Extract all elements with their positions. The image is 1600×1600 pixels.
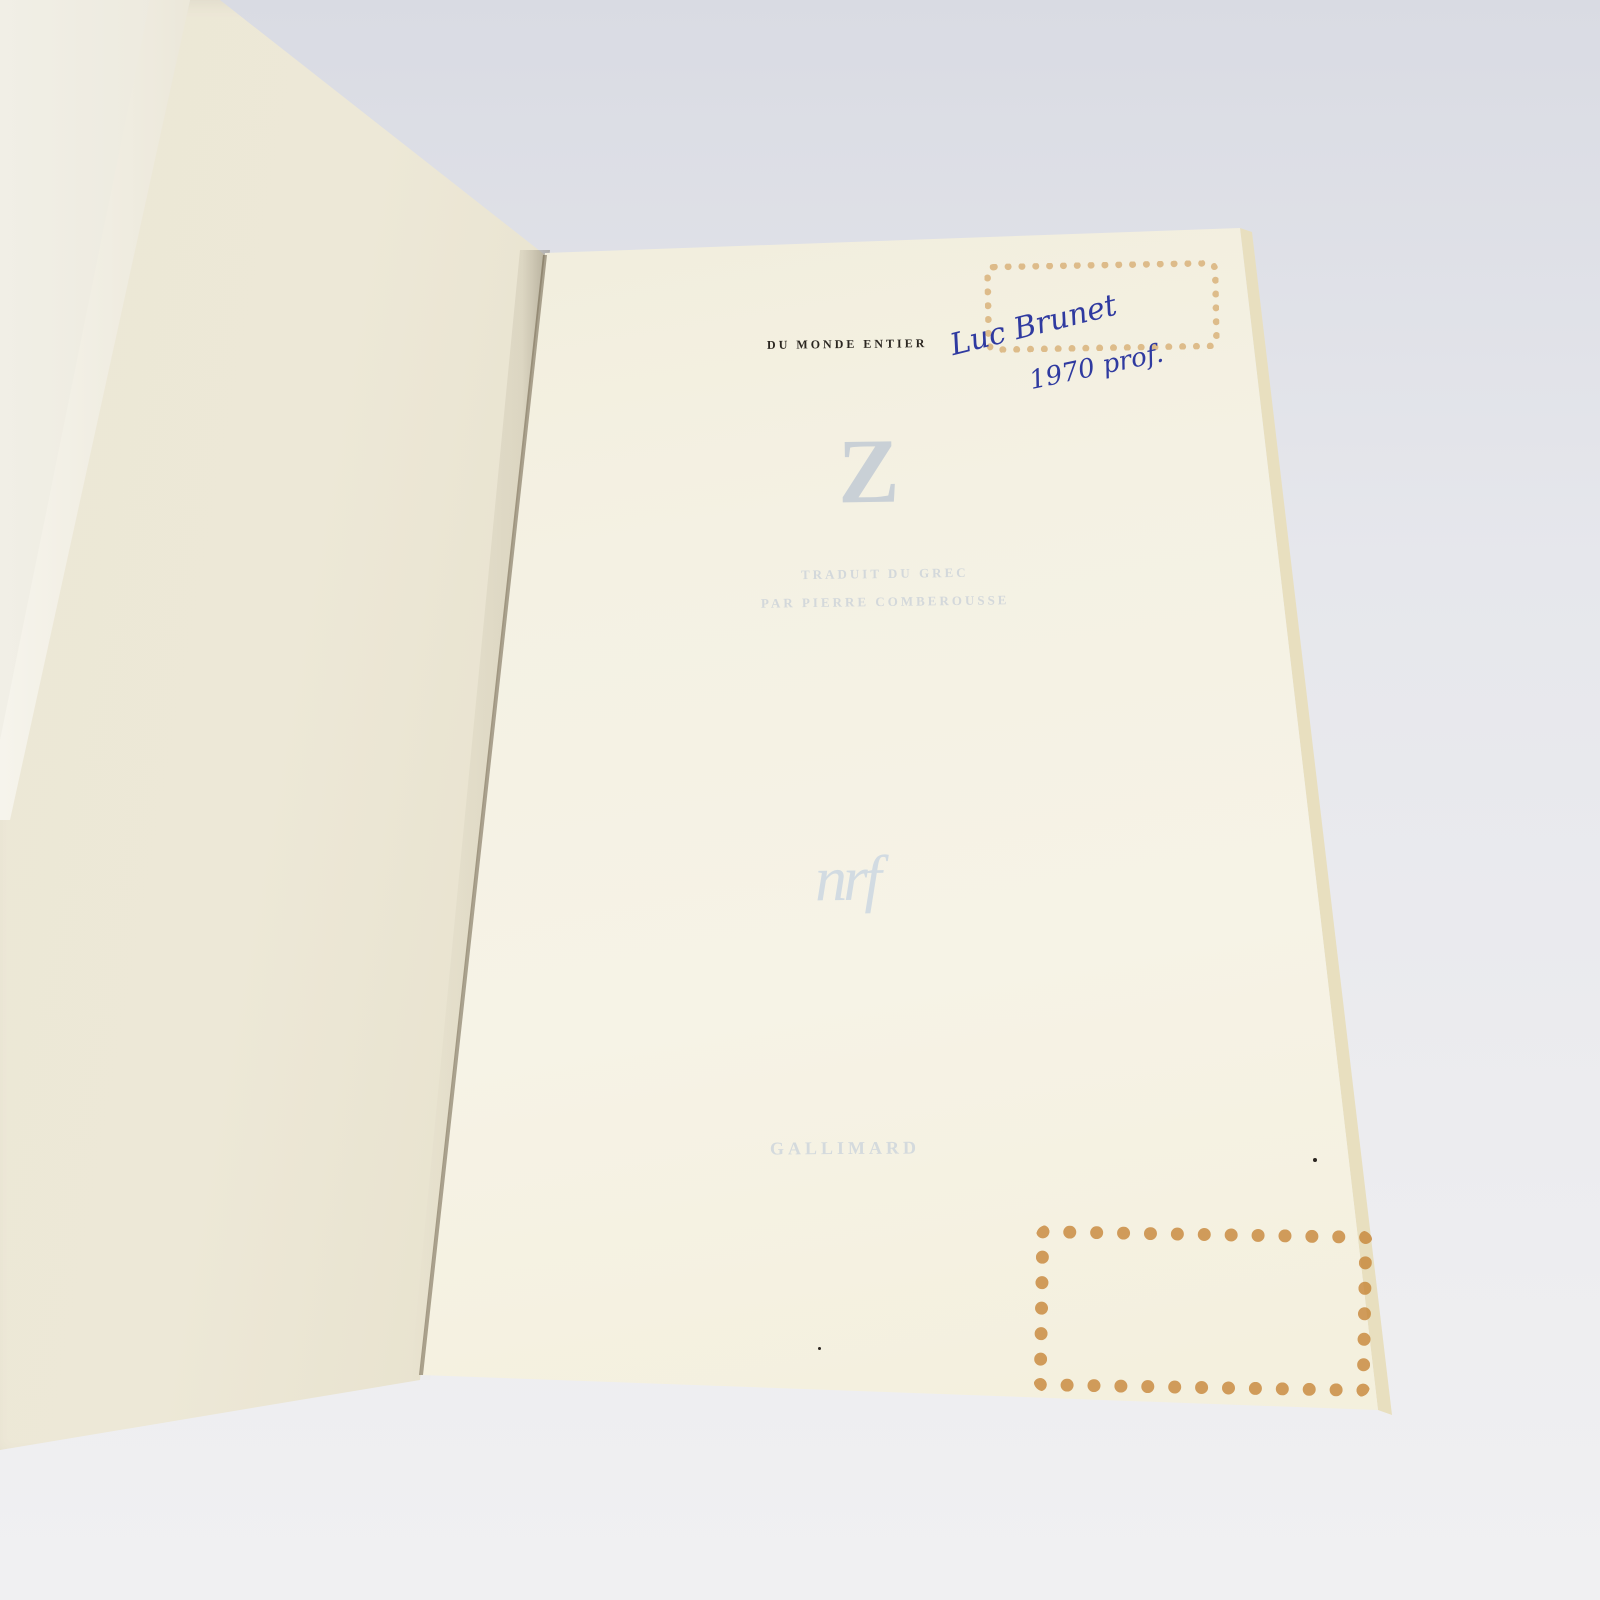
series-name: DU MONDE ENTIER — [767, 336, 927, 353]
translator-credit: TRADUIT DU GREC PAR PIERRE COMBEROUSSE — [720, 558, 1051, 619]
ink-speck — [818, 1347, 821, 1350]
book-title: Z — [837, 418, 900, 525]
nrf-logo-icon: nrf — [814, 842, 878, 917]
translator-line-2: PAR PIERRE COMBEROUSSE — [720, 586, 1050, 619]
handwritten-inscription: Luc Brunet 1970 prof. — [955, 328, 1175, 418]
inscription-date: 1970 prof. — [1027, 338, 1166, 396]
publisher-name: GALLIMARD — [770, 1137, 920, 1159]
tape-stain-bottom — [1034, 1225, 1373, 1397]
book-photo: DU MONDE ENTIER Z TRADUIT DU GREC PAR PI… — [0, 0, 1600, 1600]
ink-speck — [1313, 1158, 1317, 1162]
